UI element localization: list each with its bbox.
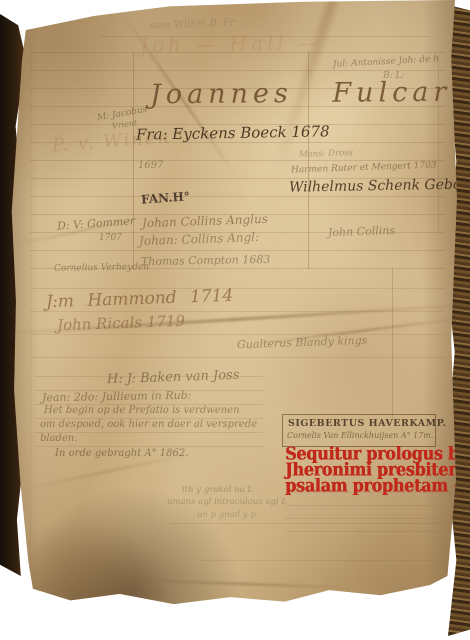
ruling-column-line: [133, 52, 134, 269]
inscription-monogram: FAN.H°: [141, 190, 191, 205]
manuscript-flyleaf: som Wilhm B. Fr Joh — Hall — Jul: Antoni…: [0, 0, 470, 640]
inscription-jul-antonisse: Jul: Antonisse Joh: de h: [333, 55, 439, 70]
inscription-hammond-1714: J:m Hammond 1714: [46, 288, 234, 312]
dutch-note-line: bladen.: [40, 434, 78, 444]
faint-scrawl: umans agl intraculous agl L: [167, 498, 287, 507]
inscription-ricals-1719: John Ricals 1719: [57, 314, 185, 333]
parchment-crease: [140, 579, 350, 588]
dutch-note-line: In orde gebraght A° 1862.: [55, 449, 188, 459]
inscription-john-collins-right: John Collins: [328, 225, 395, 238]
inscription-eyckens-boeck: Fra: Eyckens Boeck 1678: [136, 124, 330, 142]
dutch-note-line: Het begin op de Prefatio is verdwenen: [44, 406, 240, 416]
inscription-gualterus-blandy: Gualterus Blandy kings: [237, 335, 368, 351]
inscription-harmen-ruter: Harmen Ruter et Mengert 1703: [291, 161, 437, 175]
ruling-grid-lower-right: [285, 492, 443, 534]
inscription-verheyden: Cornelius Verheyden: [54, 263, 149, 274]
inscription-sigebertus-haverkamp: SIGEBERTUS HAVERKAMP.: [288, 419, 446, 429]
inscription-thomas-compton: Thomas Compton 1683: [141, 254, 270, 267]
dutch-note-line: Jean: 2do: Jullieum in Rub:: [42, 390, 192, 404]
inscription-joannes-fulcar: Joannes Fulcar: [150, 79, 451, 109]
faint-scrawl: un p gnad y p: [197, 511, 256, 520]
inscription-johan-collins-2: Johan: Collins Angl:: [139, 231, 259, 247]
inscription-wilhelmus-schenk: Wilhelmus Schenk Geboris: [289, 177, 470, 194]
ruling-line: [170, 523, 440, 524]
inscription-top-pencil: som Wilhm B. Fr: [150, 19, 235, 32]
red-rubric-line-3: psalam prophetam ~ .…: [285, 477, 470, 494]
ruling-line: [200, 560, 438, 561]
inscription-baken-van-joss: H: J: Baken van Joss: [107, 369, 240, 387]
inscription-top-faded: Joh — Hall —: [140, 32, 322, 55]
dutch-note-line: om despoed, ook hier en daer al verspred…: [40, 420, 257, 430]
inscription-alkemade: Cornelis Van Ellinckhuijsen A° 17m.: [287, 432, 433, 440]
ruling-column-line: [392, 268, 393, 420]
faint-scrawl: ith y grakol na L: [182, 486, 253, 495]
inscription-mons: Mons: Dross: [299, 149, 353, 159]
inscription-johan-collins-1: Johan Collins Anglus: [142, 213, 268, 229]
inscription-year-1697: 1697: [138, 161, 163, 171]
ruling-margin-line: [30, 36, 31, 581]
inscription-gommer-year: 1707: [99, 234, 122, 243]
inscription-gommer: D: V: Gommer: [57, 215, 136, 231]
